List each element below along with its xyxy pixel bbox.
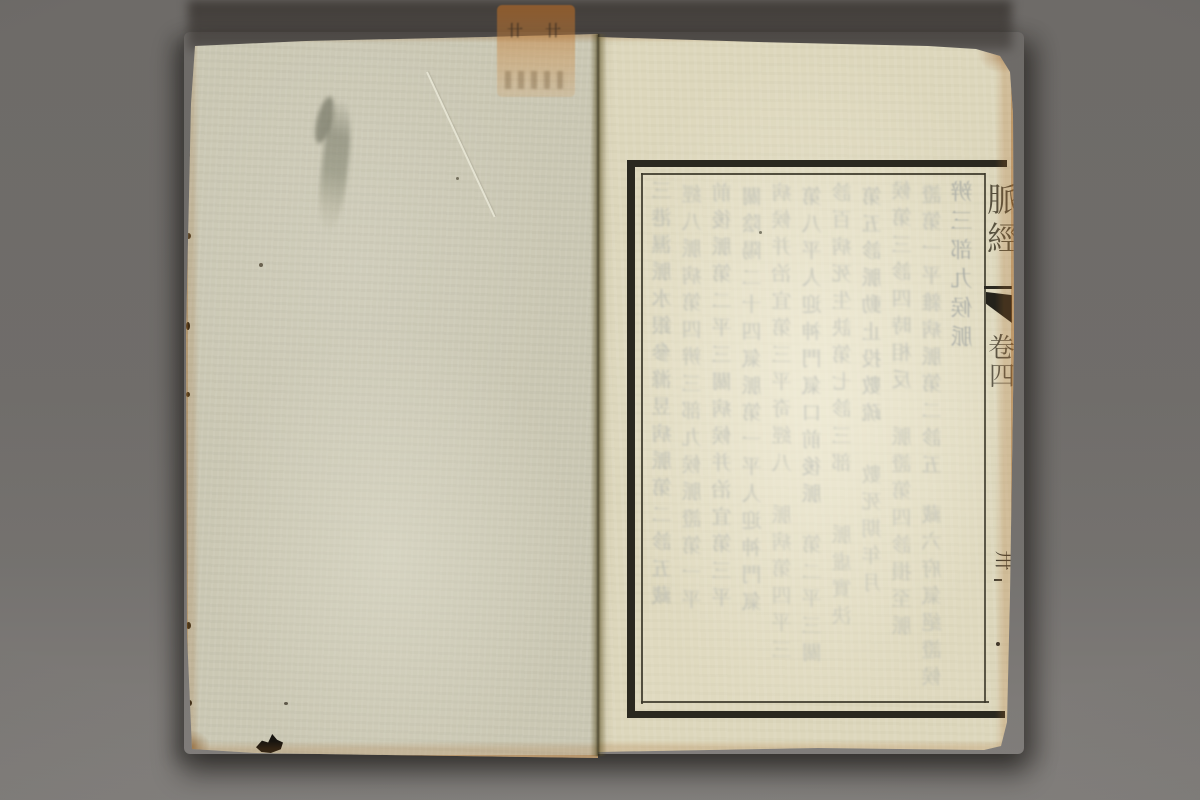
bleedthrough-column: 脈病第四平三 bbox=[770, 504, 797, 666]
frame-border-left bbox=[627, 160, 635, 718]
bleedthrough-column: 三港濕脈水銀參滌昱病脈第二診五藏 bbox=[650, 180, 677, 612]
bleedthrough-column: 脈虛實決 bbox=[830, 524, 857, 632]
folio-dash-mark bbox=[994, 579, 1002, 581]
bleedthrough-column: 藏六府氣絕證候 bbox=[920, 504, 947, 693]
book-gutter bbox=[586, 34, 610, 756]
bleedthrough-column: 證第一平雜病脈第二診五 bbox=[920, 184, 947, 481]
left-page bbox=[186, 34, 598, 758]
bleedthrough-column: 關陰陽二十四氣脈第一平人迎神門氣 bbox=[740, 186, 767, 618]
bleedthrough-column: 經八脈病第四辨三部九候脈證第一平 bbox=[680, 184, 707, 616]
bleedthrough-column: 第五診脈動止投數疏 bbox=[860, 186, 887, 429]
spine-label-mark-2: 卄 bbox=[545, 18, 561, 41]
speck bbox=[259, 263, 263, 267]
frame-inner-line-left bbox=[641, 173, 643, 704]
frame-border-bottom bbox=[627, 711, 1005, 718]
folio-volume-char-2: 四 bbox=[989, 356, 1014, 393]
folio-black-bar bbox=[984, 286, 1012, 289]
bleedthrough-column: 第八平人迎神門氣口前後脈 bbox=[800, 186, 827, 510]
folio-strip-divider-line bbox=[984, 173, 986, 703]
right-page: 辨三部九候脈證第一平雜病脈第二診五藏六府氣絕證候候第三診四時相反脈證第四診損至脈… bbox=[598, 34, 1014, 756]
bleedthrough-column: 前後脈第二平三關病候并治宜第三平 bbox=[710, 182, 737, 614]
edge-spot bbox=[186, 322, 190, 330]
frame-border-top bbox=[627, 160, 1007, 167]
bleedthrough-column: 辨三部九候脈 bbox=[950, 180, 977, 354]
spine-label-mark-1: 卄 bbox=[507, 18, 523, 41]
bleedthrough-column: 病候并治宜第三平奇經八 bbox=[770, 182, 797, 479]
bleedthrough-text: 辨三部九候脈證第一平雜病脈第二診五藏六府氣絕證候候第三診四時相反脈證第四診損至脈… bbox=[598, 34, 1014, 756]
bleedthrough-column: 第二平三關 bbox=[800, 534, 827, 669]
bleedthrough-column: 脈證第四診損至脈 bbox=[890, 426, 917, 642]
edge-spot bbox=[186, 392, 190, 397]
frame-inner-line-bottom bbox=[641, 701, 989, 703]
photo-background: 辨三部九候脈證第一平雜病脈第二診五藏六府氣絕證候候第三診四時相反脈證第四診損至脈… bbox=[0, 0, 1200, 800]
speck bbox=[456, 177, 459, 180]
spine-label: 卄 卄 bbox=[497, 5, 575, 97]
spine-label-faint-strokes bbox=[505, 71, 565, 89]
speck bbox=[996, 642, 1000, 646]
bleedthrough-column: 數死期年月 bbox=[860, 464, 887, 599]
ink-blot bbox=[256, 734, 283, 753]
frame-inner-line-top bbox=[641, 173, 985, 175]
bleedthrough-column: 診百病死生訣第七診三部 bbox=[830, 182, 857, 479]
speck bbox=[759, 231, 762, 234]
bleedthrough-column: 候第三診四時相反 bbox=[890, 180, 917, 396]
speck bbox=[284, 702, 288, 705]
paper-crease bbox=[426, 72, 495, 218]
folio-title-char-2: 經 bbox=[987, 213, 1014, 260]
